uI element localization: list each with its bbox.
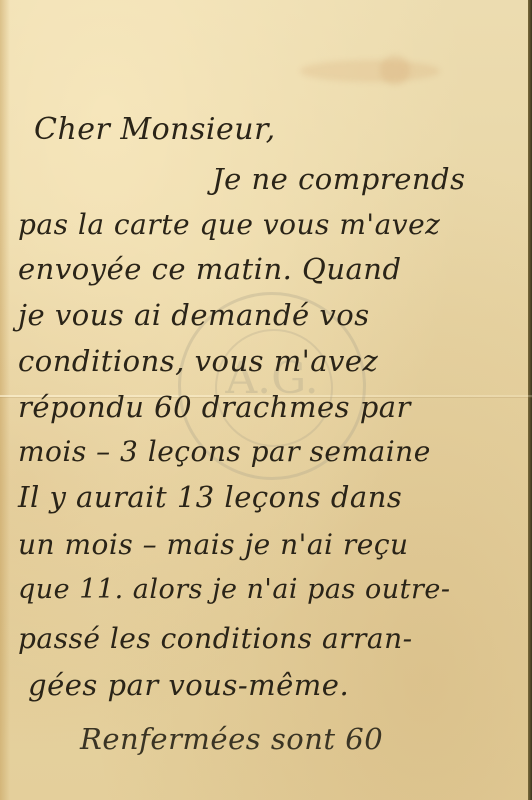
paper-edge-left xyxy=(0,0,10,800)
letter-line: gées par vous-même. xyxy=(28,668,349,702)
salutation: Cher Monsieur, xyxy=(34,112,276,147)
paper-stain xyxy=(380,55,410,85)
letter-page: A.G. Cher Monsieur, Je ne comprends pas … xyxy=(0,0,532,800)
letter-line: Je ne comprends xyxy=(212,162,465,196)
letter-line: je vous ai demandé vos xyxy=(18,298,370,332)
letter-line: Il y aurait 13 leçons dans xyxy=(18,480,402,514)
paper-edge-right xyxy=(528,0,532,800)
letter-line: passé les conditions arran- xyxy=(18,622,413,655)
letter-line: pas la carte que vous m'avez xyxy=(18,208,440,241)
letter-line: conditions, vous m'avez xyxy=(18,344,378,378)
letter-line: répondu 60 drachmes par xyxy=(18,390,411,424)
letter-line: mois – 3 leçons par semaine xyxy=(18,435,431,468)
paper-stain xyxy=(300,60,440,82)
letter-line: envoyée ce matin. Quand xyxy=(18,252,402,286)
closing-line: Renfermées sont 60 xyxy=(80,722,383,756)
letter-line: un mois – mais je n'ai reçu xyxy=(18,528,409,561)
letter-line: que 11. alors je n'ai pas outre- xyxy=(18,574,450,605)
